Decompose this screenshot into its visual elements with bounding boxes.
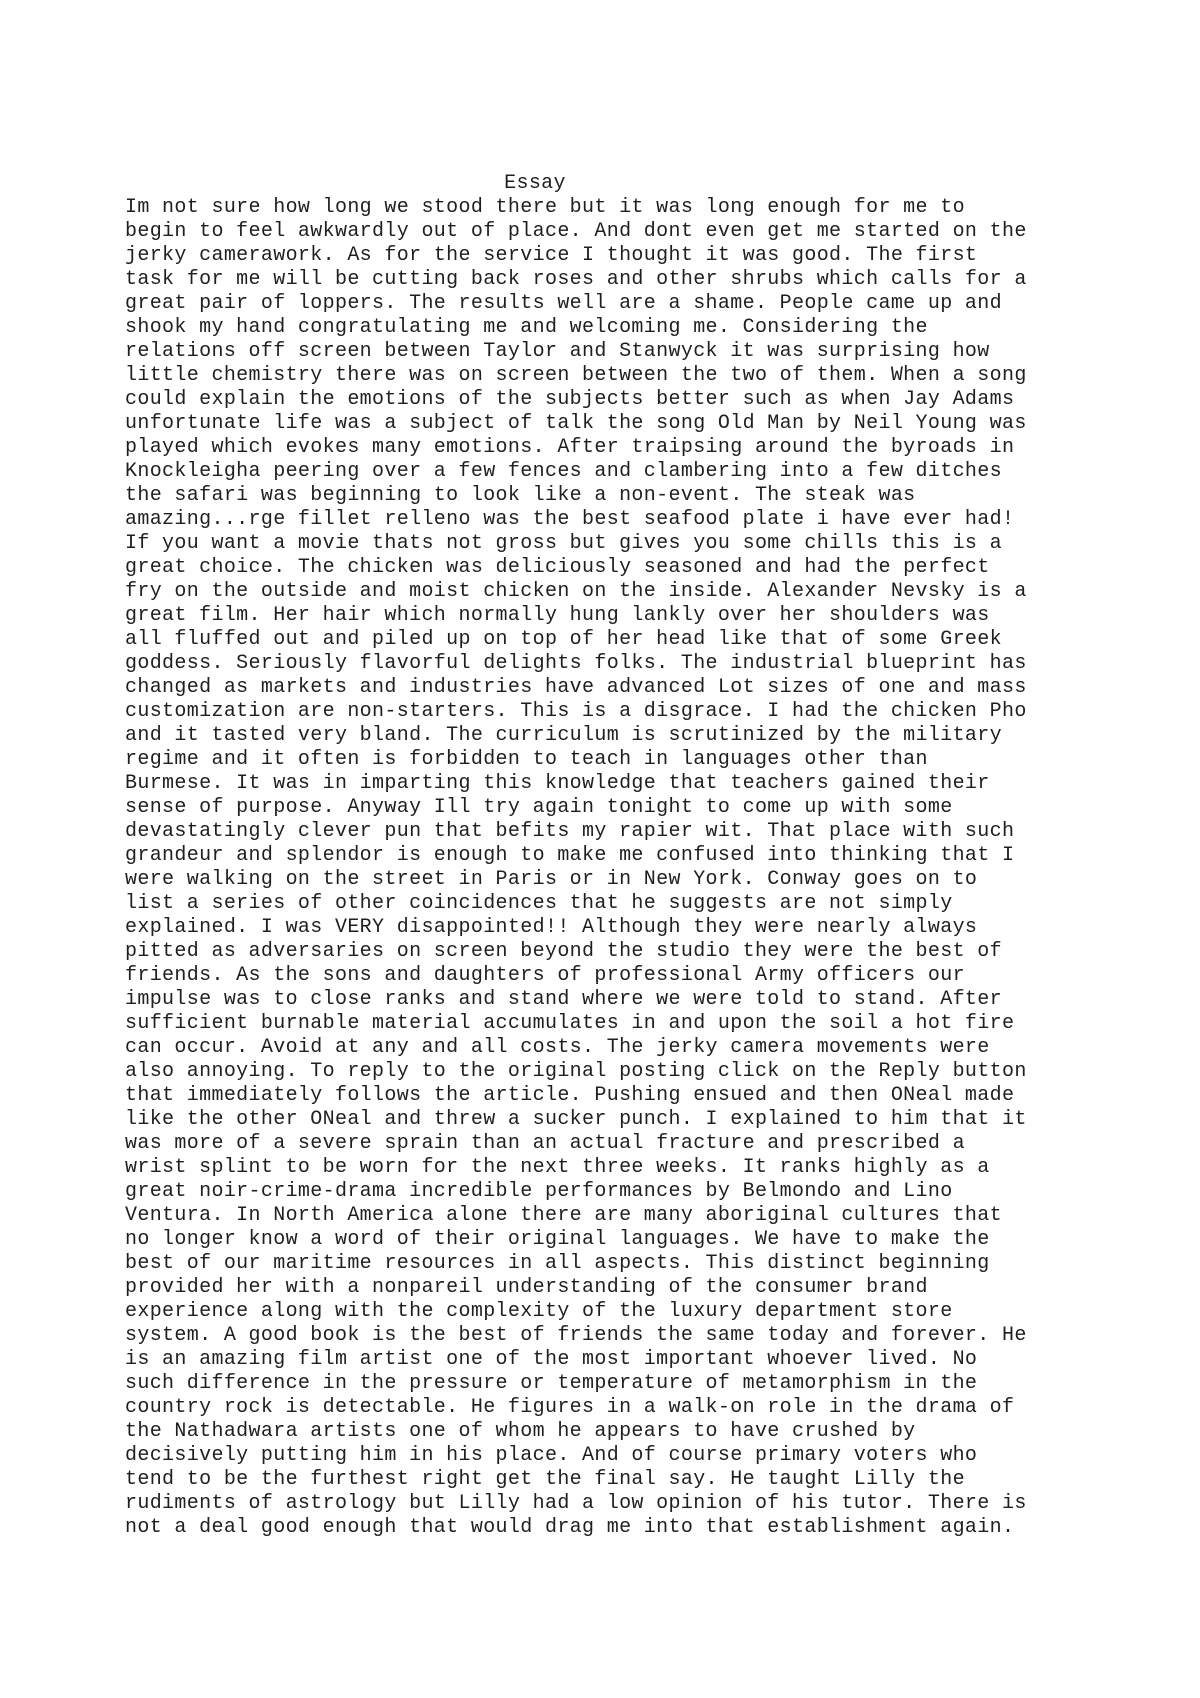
document-page: Essay Im not sure how long we stood ther… xyxy=(0,0,1200,1698)
document-body-text: Im not sure how long we stood there but … xyxy=(125,196,1180,1540)
document-title: Essay xyxy=(125,172,945,196)
